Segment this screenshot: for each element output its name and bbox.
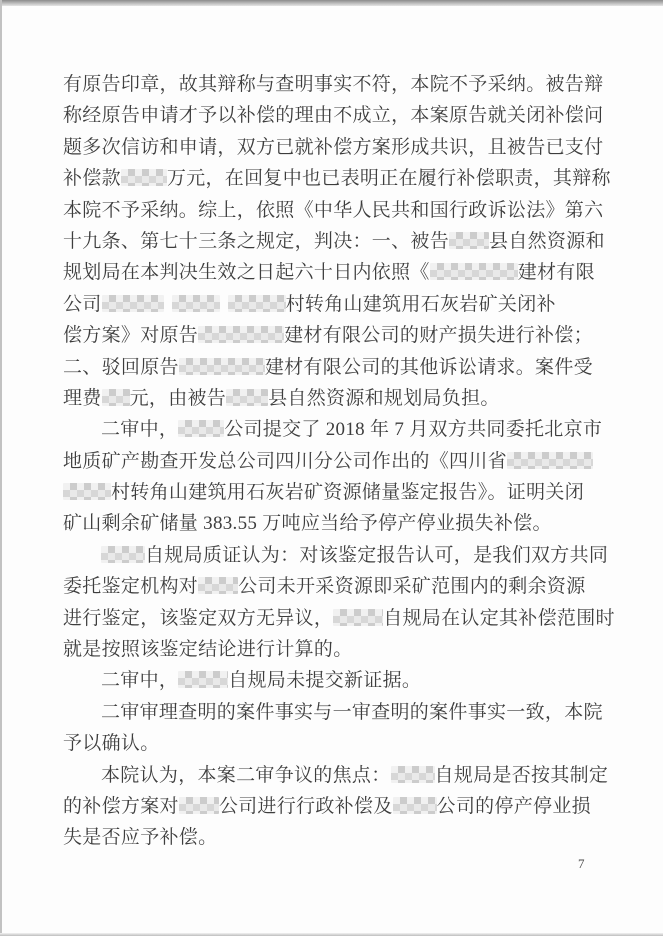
- text-segment: 公司: [63, 294, 102, 315]
- document-page: 有原告印章，故其辩称与查明事实不符，本院不予采纳。被告辩称经原告申请才予以补偿的…: [0, 0, 663, 936]
- text-line: 偿方案》对原告建材有限公司的财产损失进行补偿；: [63, 320, 603, 351]
- redacted-text: [172, 295, 220, 312]
- text-segment: 公司进行行政补偿及: [219, 796, 393, 817]
- text-line: 矿山剩余矿储量 383.55 万吨应当给予停产停业损失补偿。: [63, 508, 603, 539]
- text-segment: 偿方案》对原告: [63, 325, 198, 346]
- text-segment: 理费: [63, 388, 102, 409]
- text-segment: 地质矿产勘查开发总公司四川分公司作出的《四川省: [63, 451, 507, 472]
- text-segment: 二审中，: [101, 670, 178, 691]
- scan-edge-top: [0, 0, 663, 6]
- text-segment: 万元，在回复中也已表明正在履行补偿职责，其辩称: [167, 168, 611, 189]
- text-segment: 村转角山建筑用石灰岩矿资源储量鉴定报告》。证明关闭: [111, 482, 584, 503]
- redacted-text: [449, 232, 489, 249]
- text-segment: 的补偿方案对: [63, 796, 179, 817]
- text-segment: 公司未开采资源即采矿范围内的剩余资源: [238, 576, 585, 597]
- text-line: 予以确认。: [63, 728, 603, 759]
- text-segment: 元，由被告: [130, 388, 227, 409]
- text-line: 进行鉴定，该鉴定双方无异议，自规局在认定其补偿范围时: [63, 603, 603, 634]
- redacted-text: [393, 797, 437, 814]
- text-segment: 予以确认。: [63, 733, 160, 754]
- text-segment: 本院不予采纳。综上，依照《中华人民共和国行政诉讼法》第六: [63, 200, 603, 221]
- redacted-text: [121, 169, 167, 186]
- judgment-text-block: 有原告印章，故其辩称与查明事实不符，本院不予采纳。被告辩称经原告申请才予以补偿的…: [63, 69, 603, 854]
- text-segment: 建材有限: [518, 262, 595, 283]
- text-segment: 委托鉴定机构对: [63, 576, 198, 597]
- text-line: 二审中，公司提交了 2018 年 7 月双方共同委托北京市: [63, 414, 603, 445]
- text-line: 十九条、第七十三条之规定，判决：一、被告县自然资源和: [63, 226, 603, 257]
- page-number: 7: [578, 856, 585, 872]
- text-segment: 十九条、第七十三条之规定，判决：一、被告: [63, 231, 449, 252]
- text-line: 村转角山建筑用石灰岩矿资源储量鉴定报告》。证明关闭: [63, 477, 603, 508]
- redacted-text: [228, 295, 286, 312]
- redaction-gap: [220, 309, 228, 310]
- redacted-text: [198, 326, 284, 343]
- text-segment: 补偿款: [63, 168, 121, 189]
- text-line: 题多次信访和申请，双方已就补偿方案形成共识，且被告已支付: [63, 132, 603, 163]
- text-segment: 题多次信访和申请，双方已就补偿方案形成共识，且被告已支付: [63, 137, 603, 158]
- text-segment: 进行鉴定，该鉴定双方无异议，: [63, 608, 333, 629]
- text-segment: 村转角山建筑用石灰岩矿关闭补: [286, 294, 556, 315]
- redacted-text: [333, 609, 383, 626]
- text-segment: 矿山剩余矿储量 383.55 万吨应当给予停产停业损失补偿。: [63, 513, 552, 534]
- text-line: 二审中，自规局未提交新证据。: [63, 665, 603, 696]
- scan-edge-left: [0, 0, 2, 936]
- text-segment: 规划局在本判决生效之日起六十日内依照《: [63, 262, 430, 283]
- redacted-text: [507, 452, 593, 469]
- text-segment: 失是否应予补偿。: [63, 827, 217, 848]
- text-segment: 自规局是否按其制定: [435, 765, 609, 786]
- text-segment: 二、驳回原告: [63, 357, 179, 378]
- text-segment: 自规局质证认为：对该鉴定报告认可，是我们双方共同: [145, 545, 608, 566]
- text-line: 二审审理查明的案件事实与一审查明的案件事实一致，本院: [63, 697, 603, 728]
- text-segment: 自规局未提交新证据。: [228, 670, 421, 691]
- redacted-text: [102, 389, 130, 406]
- text-segment: 二审审理查明的案件事实与一审查明的案件事实一致，本院: [101, 702, 603, 723]
- redacted-text: [178, 671, 228, 688]
- redacted-text: [430, 263, 518, 280]
- text-line: 补偿款万元，在回复中也已表明正在履行补偿职责，其辩称: [63, 163, 603, 194]
- text-line: 规划局在本判决生效之日起六十日内依照《建材有限: [63, 257, 603, 288]
- redacted-text: [179, 797, 219, 814]
- text-line: 二、驳回原告建材有限公司的其他诉讼请求。案件受: [63, 352, 603, 383]
- text-line: 公司村转角山建筑用石灰岩矿关闭补: [63, 289, 603, 320]
- text-segment: 建材有限公司的财产损失进行补偿；: [284, 325, 593, 346]
- text-line: 有原告印章，故其辩称与查明事实不符，本院不予采纳。被告辩: [63, 69, 603, 100]
- redacted-text: [198, 577, 238, 594]
- redacted-text: [63, 483, 111, 500]
- redacted-text: [391, 766, 435, 783]
- redaction-gap: [164, 309, 172, 310]
- text-line: 地质矿产勘查开发总公司四川分公司作出的《四川省: [63, 446, 603, 477]
- text-line: 失是否应予补偿。: [63, 822, 603, 853]
- text-segment: 县自然资源和: [489, 231, 605, 252]
- text-segment: 建材有限公司的其他诉讼请求。案件受: [265, 357, 593, 378]
- redacted-text: [102, 295, 164, 312]
- text-segment: 称经原告申请才予以补偿的理由不成立，本案原告就关闭补偿问: [63, 105, 603, 126]
- text-segment: 自规局在认定其补偿范围时: [383, 608, 615, 629]
- redacted-text: [179, 358, 265, 375]
- redacted-text: [226, 389, 268, 406]
- text-segment: 公司的停产停业损: [437, 796, 591, 817]
- text-line: 委托鉴定机构对公司未开采资源即采矿范围内的剩余资源: [63, 571, 603, 602]
- text-line: 就是按照该鉴定结论进行计算的。: [63, 634, 603, 665]
- text-segment: 二审中，: [101, 419, 178, 440]
- text-line: 的补偿方案对公司进行行政补偿及公司的停产停业损: [63, 791, 603, 822]
- redacted-text: [101, 546, 145, 563]
- text-segment: 本院认为，本案二审争议的焦点：: [101, 765, 391, 786]
- text-segment: 县自然资源和规划局负担。: [268, 388, 500, 409]
- text-segment: 就是按照该鉴定结论进行计算的。: [63, 639, 353, 660]
- text-line: 称经原告申请才予以补偿的理由不成立，本案原告就关闭补偿问: [63, 100, 603, 131]
- text-line: 理费元，由被告县自然资源和规划局负担。: [63, 383, 603, 414]
- text-line: 本院不予采纳。综上，依照《中华人民共和国行政诉讼法》第六: [63, 195, 603, 226]
- text-segment: 公司提交了 2018 年 7 月双方共同委托北京市: [224, 419, 602, 440]
- text-line: 自规局质证认为：对该鉴定报告认可，是我们双方共同: [63, 540, 603, 571]
- redacted-text: [178, 420, 224, 437]
- text-segment: 有原告印章，故其辩称与查明事实不符，本院不予采纳。被告辩: [63, 74, 603, 95]
- text-line: 本院认为，本案二审争议的焦点：自规局是否按其制定: [63, 760, 603, 791]
